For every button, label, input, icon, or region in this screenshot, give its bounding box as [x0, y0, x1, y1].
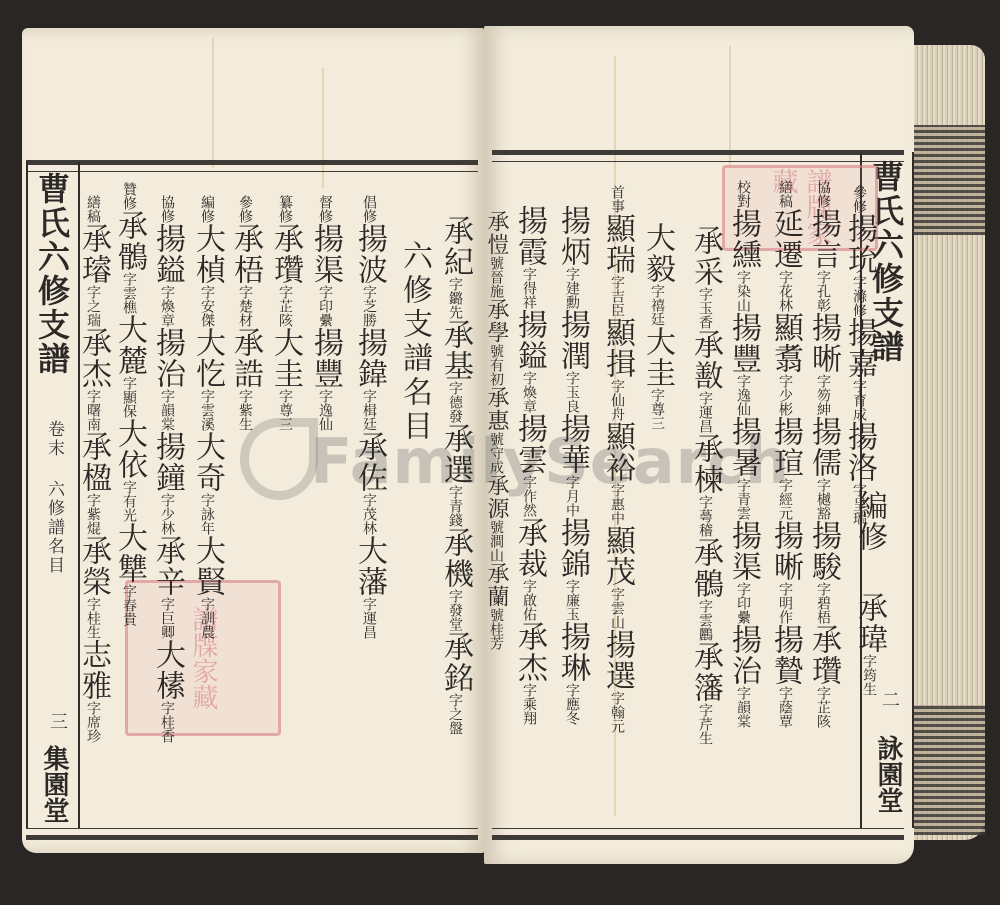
person-name: 揚錦	[555, 517, 590, 579]
person-name: 揚瑄	[768, 416, 803, 478]
person-name: 承機	[438, 527, 473, 589]
text-column: 承紀字鏴先承基字德發承選字青錢承機字發堂承銘字之盤	[438, 215, 472, 735]
courtesy-name: 號守成	[488, 432, 504, 474]
open-book: 曹氏六修支譜 卷末 六修譜名目 三 集園堂 曹氏六修支譜 二 詠園堂 譜牒家藏 …	[0, 0, 1000, 905]
right-hall-name: 詠園堂	[870, 735, 907, 813]
courtesy-name: 字少林	[159, 493, 175, 535]
person-name: 承蘭	[484, 562, 509, 608]
courtesy-name: 字禧廷	[649, 284, 665, 326]
text-column: 揚霞字得祥揚鎰字煥章揚雲字作然承裁字啟佑承杰字乘翔	[512, 205, 546, 725]
courtesy-name: 字玉香	[697, 287, 713, 329]
role-label: 倡修	[361, 195, 377, 223]
text-column: 協修揚鎰字煥章揚治字韻棠揚鐘字少林承辛字巨卿大榡字桂香	[150, 195, 184, 743]
person-name: 大圭	[268, 327, 303, 389]
courtesy-name: 字春貴	[121, 584, 137, 626]
courtesy-name: 字訓農	[199, 597, 215, 639]
courtesy-name: 字蕚稽	[697, 495, 713, 537]
person-name: 大奇	[190, 431, 225, 493]
courtesy-name: 字運昌	[361, 597, 377, 639]
courtesy-name: 字印纍	[317, 285, 333, 327]
courtesy-name: 字少彬	[777, 374, 793, 416]
person-name: 承佐	[352, 431, 387, 493]
courtesy-name: 字蔭覃	[777, 686, 793, 728]
water-stain	[212, 38, 214, 168]
courtesy-name: 字育成	[851, 379, 867, 421]
text-column: 繕稿延遷字花林顯翥字少彬揚瑄字經元揚晰字明作揚贄字蔭覃	[768, 180, 802, 728]
courtesy-name: 字應冬	[564, 683, 580, 725]
person-name: 承辛	[150, 535, 185, 597]
courtesy-name: 字鏴先	[447, 277, 463, 319]
person-name: 大忔	[190, 327, 225, 389]
text-column: 參修承梧字楚材承誥字紫生	[228, 195, 262, 431]
courtesy-name: 字煥章	[159, 285, 175, 327]
person-name: 承誥	[228, 327, 263, 389]
role-label: 參修	[851, 185, 867, 213]
courtesy-name: 字楫廷	[361, 389, 377, 431]
courtesy-name: 字芹生	[697, 703, 713, 745]
role-label: 編修	[199, 195, 215, 223]
courtesy-name: 字明作	[777, 582, 793, 624]
courtesy-name: 字桂生	[85, 597, 101, 639]
courtesy-name: 字巨卿	[159, 597, 175, 639]
courtesy-name: 字德發	[447, 381, 463, 423]
person-name: 揚琳	[555, 621, 590, 683]
person-name: 大犨	[112, 522, 147, 584]
courtesy-name: 字韻棠	[159, 389, 175, 431]
role-label: 協修	[815, 180, 831, 208]
person-name: 揚纁	[726, 208, 761, 270]
person-name: 揚霞	[512, 205, 547, 267]
person-name: 承楝	[688, 433, 723, 495]
person-name: 承瑋	[852, 592, 887, 654]
courtesy-name: 字樾豁	[815, 478, 831, 520]
courtesy-name: 字雲山	[609, 587, 625, 629]
person-name: 承杰	[76, 327, 111, 389]
person-name: 志雅	[76, 639, 111, 701]
courtesy-name: 字雲溪	[199, 389, 215, 431]
courtesy-name: 字青錢	[447, 485, 463, 527]
person-name: 承鶻	[688, 537, 723, 599]
courtesy-name: 號澗山	[488, 520, 504, 562]
person-name: 顯瑞	[600, 213, 635, 275]
text-column: 繕稿承璿字之瑞承杰字曙南承楹字紫焜承榮字桂生志雅字席珍	[76, 195, 110, 743]
person-name: 揚雲	[512, 413, 547, 475]
courtesy-name: 字茂林	[361, 493, 377, 535]
person-name: 揚炳	[555, 205, 590, 267]
person-name: 承杰	[512, 621, 547, 683]
courtesy-name: 字花林	[777, 270, 793, 312]
person-name: 揚洛	[842, 421, 877, 483]
courtesy-name: 字有光	[121, 480, 137, 522]
person-name: 揚駿	[806, 520, 841, 582]
person-name: 大麓	[112, 314, 147, 376]
courtesy-name: 字筠生	[861, 654, 877, 696]
courtesy-name: 字逸仙	[317, 389, 333, 431]
person-name: 承楹	[76, 431, 111, 493]
text-column: 督修揚渠字印纍揚豐字逸仙	[308, 195, 342, 431]
courtesy-name: 號桂芳	[488, 608, 504, 650]
left-folio-number: 三	[44, 712, 70, 730]
person-name: 承鶻	[112, 210, 147, 272]
person-name: 揚選	[600, 629, 635, 691]
person-name: 承瓚	[806, 624, 841, 686]
role-label: 繕稿	[777, 180, 793, 208]
person-name: 揚鍏	[352, 327, 387, 389]
courtesy-name: 字芷陔	[277, 285, 293, 327]
courtesy-name: 字月中	[564, 475, 580, 517]
person-name: 揚潤	[555, 309, 590, 371]
person-name: 揚晰	[806, 312, 841, 374]
person-name: 承愷	[484, 210, 509, 256]
person-name: 揚言	[806, 208, 841, 270]
person-name: 承基	[438, 319, 473, 381]
person-name: 揚嘉	[842, 317, 877, 379]
courtesy-name: 字仙舟	[609, 379, 625, 421]
person-name: 承源	[484, 474, 509, 520]
courtesy-name: 字碧梧	[815, 582, 831, 624]
person-name: 揚暑	[726, 416, 761, 478]
person-name: 揚治	[150, 327, 185, 389]
text-column: 承愷號晉施承學號有初承惠號守成承源號澗山承蘭號桂芳	[484, 210, 508, 650]
person-name: 承籓	[688, 641, 723, 703]
text-column: 編修大楨字安傑大忔字雲溪大奇字詠年大賢字訓農	[190, 195, 224, 639]
person-name: 延遷	[768, 208, 803, 270]
person-name: 承瓚	[268, 223, 303, 285]
courtesy-name: 字席珍	[85, 701, 101, 743]
frame-rule	[26, 828, 478, 829]
courtesy-name: 字之瑞	[85, 285, 101, 327]
role-label: 督修	[317, 195, 333, 223]
person-name: 大毅	[640, 222, 675, 284]
courtesy-name: 字翰元	[609, 691, 625, 733]
section-heading: 六修支譜名目	[396, 240, 432, 444]
courtesy-name: 字之盤	[447, 693, 463, 735]
person-name: 承敾	[688, 329, 723, 391]
role-label: 參修	[237, 195, 253, 223]
courtesy-name: 字運昌	[697, 391, 713, 433]
role-label: 繕稿	[85, 195, 101, 223]
person-name: 大楨	[190, 223, 225, 285]
courtesy-name: 字煥章	[521, 371, 537, 413]
courtesy-name: 字得祥	[521, 267, 537, 309]
role-label: 協修	[159, 195, 175, 223]
courtesy-name: 字印纍	[735, 582, 751, 624]
person-name: 揚治	[726, 624, 761, 686]
person-name: 揚鎰	[512, 309, 547, 371]
person-name: 揚儒	[806, 416, 841, 478]
courtesy-name: 字顯保	[121, 376, 137, 418]
person-name: 揚鐘	[150, 431, 185, 493]
text-column: 大毅字禧廷大圭字尊三	[640, 222, 674, 430]
courtesy-name: 字桂香	[159, 701, 175, 743]
frame-rule	[492, 161, 904, 162]
person-name: 顯翥	[768, 312, 803, 374]
left-margin-section: 六修譜名目	[42, 480, 67, 575]
person-name: 揚波	[352, 223, 387, 285]
courtesy-name: 字廉玉	[564, 579, 580, 621]
person-name: 大藩	[352, 535, 387, 597]
person-name: 大依	[112, 418, 147, 480]
text-column: 校對揚纁字染山揚豐字逸仙揚暑字青雲揚渠字印纍揚治字韻棠	[726, 180, 760, 728]
person-name: 承榮	[76, 535, 111, 597]
courtesy-name: 字建勳	[564, 267, 580, 309]
courtesy-name: 字玉良	[564, 371, 580, 413]
left-margin-title: 曹氏六修支譜	[32, 172, 72, 376]
courtesy-name: 字詠年	[199, 493, 215, 535]
person-name: 揚渠	[726, 520, 761, 582]
courtesy-name: 字乘翔	[521, 683, 537, 725]
courtesy-name: 字惠中	[609, 483, 625, 525]
courtesy-name: 字曙南	[85, 389, 101, 431]
role-label: 贊修	[121, 182, 137, 210]
edge-ink-top	[905, 125, 985, 235]
person-name: 揚鎰	[150, 223, 185, 285]
courtesy-name: 字吉臣	[609, 275, 625, 317]
text-column: 參修揚玧字滌修揚嘉字育成揚洛字呈瑞	[842, 185, 876, 525]
courtesy-name: 字芝勝	[361, 285, 377, 327]
person-name: 大圭	[640, 326, 675, 388]
person-name: 承梧	[228, 223, 263, 285]
courtesy-name: 字滌修	[851, 275, 867, 317]
courtesy-name: 字作然	[521, 475, 537, 517]
water-stain	[729, 46, 731, 166]
text-column: 首事顯瑞字吉臣顯揖字仙舟顯裕字惠中顯茂字雲山揚選字翰元	[600, 185, 634, 733]
courtesy-name: 字笏紳	[815, 374, 831, 416]
text-column: 贊修承鶻字雲樵大麓字顯保大依字有光大犨字春貴	[112, 182, 146, 626]
courtesy-name: 字青雲	[735, 478, 751, 520]
role-heading: 編修	[852, 490, 887, 552]
person-name: 顯裕	[600, 421, 635, 483]
edge-ink-bottom	[905, 705, 985, 835]
courtesy-name: 字韻棠	[735, 686, 751, 728]
person-name: 揚豐	[308, 327, 343, 389]
courtesy-name: 字楚材	[237, 285, 253, 327]
left-hall-name: 集園堂	[36, 745, 73, 823]
courtesy-name: 字啟佑	[521, 579, 537, 621]
person-name: 承璿	[76, 223, 111, 285]
text-column: 承采字玉香承敾字運昌承楝字蕚稽承鶻字雲鸝承籓字芹生	[688, 225, 722, 745]
page-edge-stack	[905, 45, 985, 840]
person-name: 顯茂	[600, 525, 635, 587]
left-margin-juan: 卷末	[42, 420, 67, 458]
courtesy-name: 字紫焜	[85, 493, 101, 535]
text-column: 編修承瑋字筠生	[852, 490, 886, 696]
person-name: 揚華	[555, 413, 590, 475]
courtesy-name: 字發堂	[447, 589, 463, 631]
role-label: 校對	[735, 180, 751, 208]
person-name: 承紀	[438, 215, 473, 277]
courtesy-name: 字雲鸝	[697, 599, 713, 641]
person-name: 承選	[438, 423, 473, 485]
text-column: 纂修承瓚字芷陔大圭字尊三	[268, 195, 302, 431]
courtesy-name: 字孔彰	[815, 270, 831, 312]
person-name: 顯揖	[600, 317, 635, 379]
person-name: 承惠	[484, 386, 509, 432]
courtesy-name: 字芷陔	[815, 686, 831, 728]
frame-rule	[492, 828, 904, 829]
person-name: 承銘	[438, 631, 473, 693]
frame-rule	[26, 171, 478, 172]
courtesy-name: 號有初	[488, 344, 504, 386]
role-label: 首事	[609, 185, 625, 213]
person-name: 大賢	[190, 535, 225, 597]
courtesy-name: 字染山	[735, 270, 751, 312]
courtesy-name: 號晉施	[488, 256, 504, 298]
person-name: 大榡	[150, 639, 185, 701]
text-column: 揚炳字建勳揚潤字玉良揚華字月中揚錦字廉玉揚琳字應冬	[555, 205, 589, 725]
courtesy-name: 字尊三	[649, 388, 665, 430]
person-name: 揚豐	[726, 312, 761, 374]
text-column: 倡修揚波字芝勝揚鍏字楫廷承佐字茂林大藩字運昌	[352, 195, 386, 639]
person-name: 承裁	[512, 517, 547, 579]
person-name: 承學	[484, 298, 509, 344]
courtesy-name: 字逸仙	[735, 374, 751, 416]
text-column: 協修揚言字孔彰揚晰字笏紳揚儒字樾豁揚駿字碧梧承瓚字芷陔	[806, 180, 840, 728]
courtesy-name: 字雲樵	[121, 272, 137, 314]
courtesy-name: 字紫生	[237, 389, 253, 431]
person-name: 揚晰	[768, 520, 803, 582]
courtesy-name: 字經元	[777, 478, 793, 520]
role-label: 纂修	[277, 195, 293, 223]
courtesy-name: 字尊三	[277, 389, 293, 431]
courtesy-name: 字安傑	[199, 285, 215, 327]
person-name: 承采	[688, 225, 723, 287]
person-name: 揚玧	[842, 213, 877, 275]
person-name: 揚渠	[308, 223, 343, 285]
person-name: 揚贄	[768, 624, 803, 686]
